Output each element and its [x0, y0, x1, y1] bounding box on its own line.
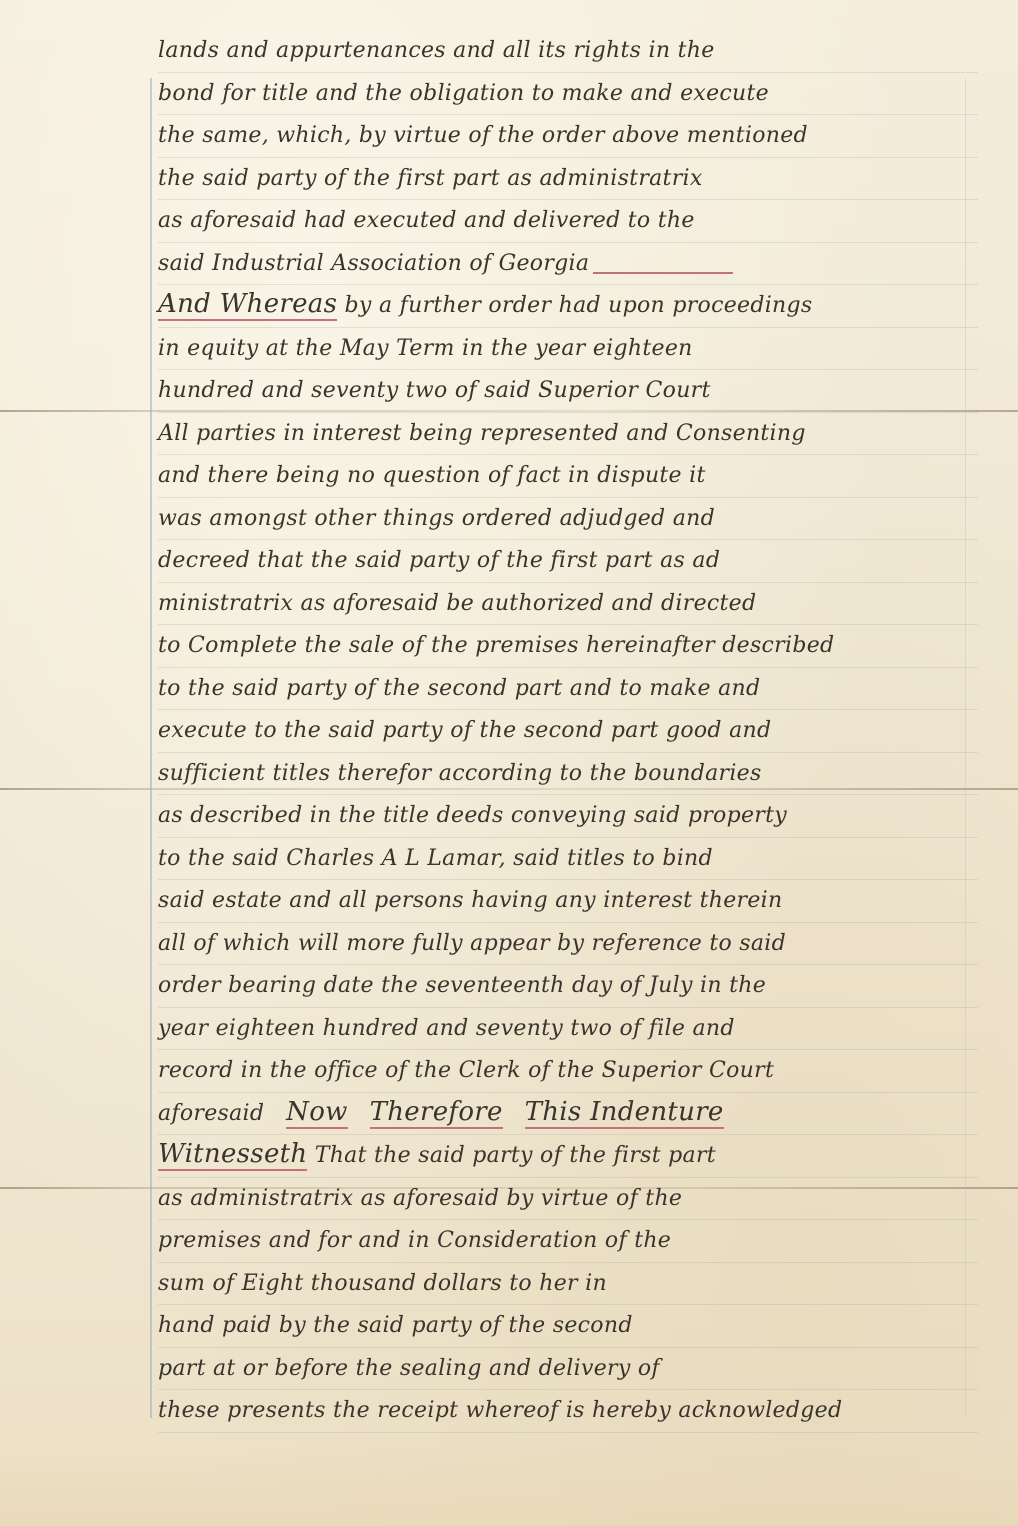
text-line: to the said party of the second part and… — [158, 668, 978, 711]
line-text: all of which will more fully appear by r… — [158, 923, 786, 965]
text-line: said Industrial Association of Georgia — [158, 243, 978, 286]
line-text: hand paid by the said party of the secon… — [158, 1305, 633, 1347]
line-text: That the said party of the first part — [315, 1135, 716, 1177]
line-text: these presents the receipt whereof is he… — [158, 1390, 842, 1432]
text-line: part at or before the sealing and delive… — [158, 1348, 978, 1391]
line-text: the same, which, by virtue of the order … — [158, 115, 808, 157]
text-line: these presents the receipt whereof is he… — [158, 1390, 978, 1433]
line-text: the said party of the first part as admi… — [158, 158, 703, 200]
line-text: to Complete the sale of the premises her… — [158, 625, 834, 667]
line-text: was amongst other things ordered adjudge… — [158, 498, 715, 540]
line-text: hundred and seventy two of said Superior… — [158, 370, 711, 412]
line-text: decreed that the said party of the first… — [158, 540, 720, 582]
paper-stain — [0, 1440, 1018, 1526]
text-line: Witnesseth That the said party of the fi… — [158, 1135, 978, 1178]
heading-therefore: Therefore — [370, 1098, 503, 1129]
red-fill-rule — [593, 272, 733, 274]
line-text: record in the office of the Clerk of the… — [158, 1050, 774, 1092]
text-line: bond for title and the obligation to mak… — [158, 73, 978, 116]
line-text: to the said party of the second part and… — [158, 668, 760, 710]
text-line: order bearing date the seventeenth day o… — [158, 965, 978, 1008]
heading-now: Now — [286, 1098, 348, 1129]
text-line: the said party of the first part as admi… — [158, 158, 978, 201]
line-text: ministratrix as aforesaid be authorized … — [158, 583, 756, 625]
text-line: hand paid by the said party of the secon… — [158, 1305, 978, 1348]
line-text: in equity at the May Term in the year ei… — [158, 328, 693, 370]
line-text: sum of Eight thousand dollars to her in — [158, 1263, 607, 1305]
line-text: aforesaid — [158, 1093, 264, 1135]
text-line: the same, which, by virtue of the order … — [158, 115, 978, 158]
text-line: as aforesaid had executed and delivered … — [158, 200, 978, 243]
text-line: sufficient titles therefor according to … — [158, 753, 978, 796]
text-line: and there being no question of fact in d… — [158, 455, 978, 498]
line-text: as aforesaid had executed and delivered … — [158, 200, 695, 242]
margin-rule — [150, 78, 152, 1418]
text-line: to the said Charles A L Lamar, said titl… — [158, 838, 978, 881]
line-text: order bearing date the seventeenth day o… — [158, 965, 766, 1007]
line-text: by a further order had upon proceedings — [345, 285, 813, 327]
text-line: hundred and seventy two of said Superior… — [158, 370, 978, 413]
text-line: All parties in interest being represente… — [158, 413, 978, 456]
text-line: ministratrix as aforesaid be authorized … — [158, 583, 978, 626]
text-line: And Whereas by a further order had upon … — [158, 285, 978, 328]
line-text: as administratrix as aforesaid by virtue… — [158, 1178, 682, 1220]
line-text: bond for title and the obligation to mak… — [158, 73, 769, 115]
text-line: as described in the title deeds conveyin… — [158, 795, 978, 838]
line-text: sufficient titles therefor according to … — [158, 753, 762, 795]
handwritten-deed-text: lands and appurtenances and all its righ… — [158, 30, 978, 1433]
text-line: all of which will more fully appear by r… — [158, 923, 978, 966]
text-line: lands and appurtenances and all its righ… — [158, 30, 978, 73]
text-line: was amongst other things ordered adjudge… — [158, 498, 978, 541]
line-text: said estate and all persons having any i… — [158, 880, 783, 922]
line-text: year eighteen hundred and seventy two of… — [158, 1008, 735, 1050]
heading-this-indenture: This Indenture — [525, 1098, 724, 1129]
line-text: execute to the said party of the second … — [158, 710, 771, 752]
line-text: said Industrial Association of Georgia — [158, 243, 589, 285]
line-text: lands and appurtenances and all its righ… — [158, 30, 715, 72]
text-line: said estate and all persons having any i… — [158, 880, 978, 923]
line-text: All parties in interest being represente… — [158, 413, 806, 455]
line-text: part at or before the sealing and delive… — [158, 1348, 660, 1390]
text-line: record in the office of the Clerk of the… — [158, 1050, 978, 1093]
text-line: aforesaid Now Therefore This Indenture — [158, 1093, 978, 1136]
text-line: to Complete the sale of the premises her… — [158, 625, 978, 668]
text-line: year eighteen hundred and seventy two of… — [158, 1008, 978, 1051]
text-line: decreed that the said party of the first… — [158, 540, 978, 583]
line-text: to the said Charles A L Lamar, said titl… — [158, 838, 713, 880]
line-text: and there being no question of fact in d… — [158, 455, 706, 497]
line-text: as described in the title deeds conveyin… — [158, 795, 787, 837]
heading-witnesseth: Witnesseth — [158, 1140, 307, 1171]
line-text: premises and for and in Consideration of… — [158, 1220, 671, 1262]
text-line: premises and for and in Consideration of… — [158, 1220, 978, 1263]
text-line: sum of Eight thousand dollars to her in — [158, 1263, 978, 1306]
text-line: in equity at the May Term in the year ei… — [158, 328, 978, 371]
text-line: as administratrix as aforesaid by virtue… — [158, 1178, 978, 1221]
text-line: execute to the said party of the second … — [158, 710, 978, 753]
heading-and-whereas: And Whereas — [158, 290, 337, 321]
